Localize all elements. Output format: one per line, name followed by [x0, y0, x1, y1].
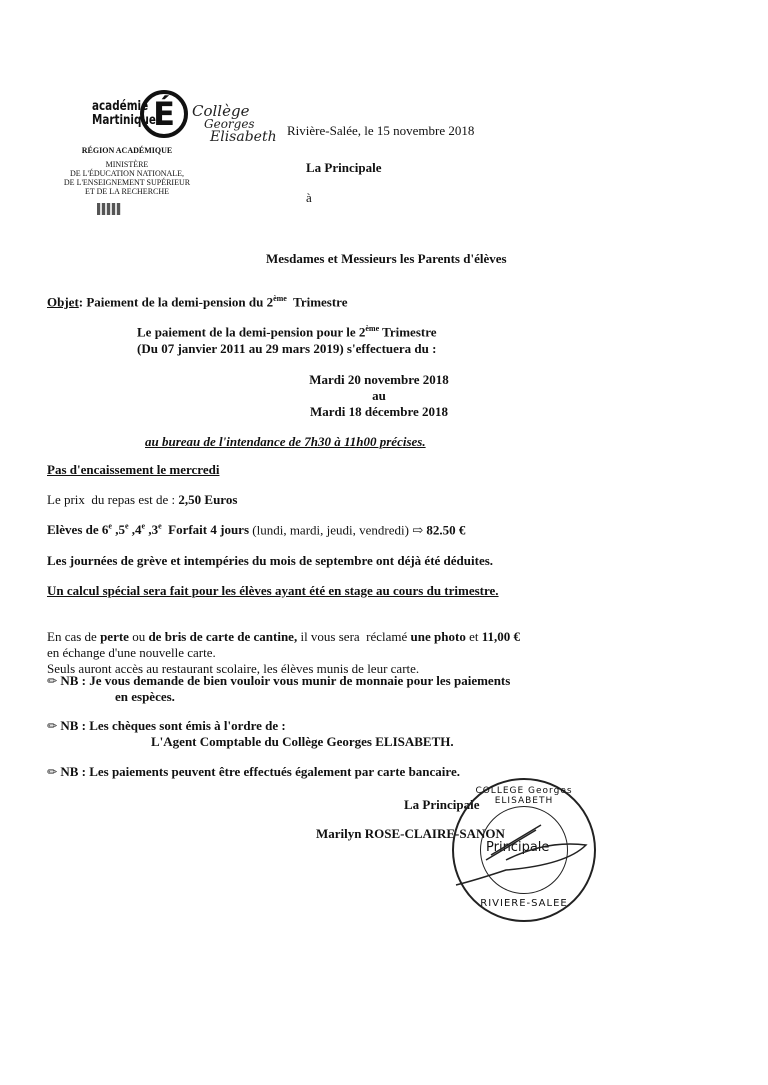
object-label: Objet	[47, 294, 79, 309]
stamp-bottom-text: RIVIERE-SALEE	[454, 898, 594, 909]
forfait-line: Elèves de 6e ,5e ,4e ,3e Forfait 4 jours…	[47, 522, 465, 538]
object-line: Objet: Paiement de la demi-pension du 2è…	[47, 294, 348, 310]
intro-line-1: Le paiement de la demi-pension pour le 2…	[137, 324, 437, 340]
republic-flag-icon	[97, 203, 121, 215]
date-from: Mardi 20 novembre 2018	[0, 372, 768, 388]
handwritten-signature-icon	[446, 810, 596, 890]
card-paragraph: En cas de perte ou de bris de carte de c…	[47, 613, 520, 677]
no-wednesday-note: Pas d'encaissement le mercredi	[47, 462, 219, 478]
ministry-block: MINISTÈRE DE L'ÉDUCATION NATIONALE, DE L…	[62, 160, 192, 196]
note-2: ✏ NB : Les chèques sont émis à l'ordre d…	[47, 718, 454, 750]
recipient-prefix: à	[306, 190, 312, 206]
recipient: Mesdames et Messieurs les Parents d'élèv…	[266, 251, 507, 267]
pencil-icon: ✏	[47, 765, 57, 779]
date-separator: au	[0, 388, 768, 404]
place-date: Rivière-Salée, le 15 novembre 2018	[287, 123, 474, 139]
academy-name-line2: Martinique	[92, 114, 140, 128]
academy-name-line1: académie	[92, 100, 140, 114]
note-1: ✏ NB : Je vous demande de bien vouloir v…	[47, 673, 510, 705]
academy-e-icon: É	[140, 90, 188, 138]
intro-line-2: (Du 07 janvier 2011 au 29 mars 2019) s'e…	[137, 341, 436, 357]
price-line: Le prix du repas est de : 2,50 Euros	[47, 492, 237, 508]
college-logo: Collège Georges Elisabeth	[192, 105, 262, 144]
stage-note: Un calcul spécial sera fait pour les élè…	[47, 583, 499, 599]
date-to: Mardi 18 décembre 2018	[0, 404, 768, 420]
location-hours: au bureau de l'intendance de 7h30 à 11h0…	[145, 434, 426, 450]
pencil-icon: ✏	[47, 719, 57, 733]
note-3: ✏ NB : Les paiements peuvent être effect…	[47, 764, 460, 780]
stamp-top-text: COLLEGE Georges ELISABETH	[454, 786, 594, 806]
sender: La Principale	[306, 160, 381, 176]
pencil-icon: ✏	[47, 674, 57, 688]
price-value: 2,50 Euros	[178, 492, 237, 507]
forfait-price: 82.50 €	[426, 522, 465, 537]
strike-note: Les journées de grève et intempéries du …	[47, 553, 493, 569]
official-stamp: COLLEGE Georges ELISABETH Principale RIV…	[452, 778, 596, 922]
region-label: RÉGION ACADÉMIQUE	[72, 146, 182, 155]
